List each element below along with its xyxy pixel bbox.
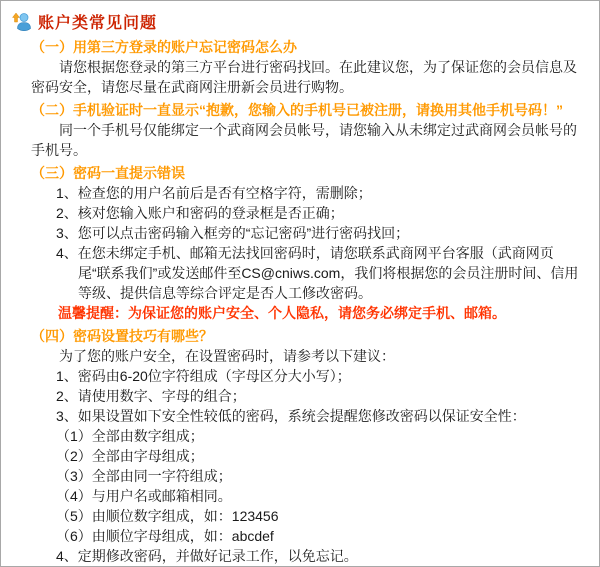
list-item: 2、请使用数字、字母的组合；	[1, 386, 599, 406]
user-arrow-icon	[12, 12, 31, 31]
list-item: 1、密码由6-20位字符组成（字母区分大小写）；	[1, 366, 599, 386]
section-heading: （三）密码一直提示错误	[1, 163, 599, 183]
list-item: 4、定期修改密码，并做好记录工作，以免忘记。	[1, 546, 599, 566]
list-item: （3）全部由同一字符组成；	[1, 466, 599, 486]
paragraph: 请您根据您登录的第三方平台进行密码找回。在此建议您，为了保证您的会员信息及密码安…	[1, 57, 599, 97]
faq-section-1: （一）用第三方登录的账户忘记密码怎么办 请您根据您登录的第三方平台进行密码找回。…	[1, 37, 599, 97]
faq-section-4: （四）密码设置技巧有哪些？ 为了您的账户安全，在设置密码时，请参考以下建议： 1…	[1, 326, 599, 566]
section-heading: （一）用第三方登录的账户忘记密码怎么办	[1, 37, 599, 57]
list-item: 2、核对您输入账户和密码的登录框是否正确；	[1, 203, 599, 223]
list-item: 4、在您未绑定手机、邮箱无法找回密码时，请您联系武商网平台客服（武商网页尾“联系…	[1, 243, 599, 303]
list-item: （2）全部由字母组成；	[1, 446, 599, 466]
faq-section-2: （二）手机验证时一直显示“抱歉，您输入的手机号已被注册，请换用其他手机号码！” …	[1, 100, 599, 160]
section-heading: （二）手机验证时一直显示“抱歉，您输入的手机号已被注册，请换用其他手机号码！”	[1, 100, 599, 120]
list-item: 3、您可以点击密码输入框旁的“忘记密码”进行密码找回；	[1, 223, 599, 243]
list-item: （5）由顺位数字组成，如：123456	[1, 506, 599, 526]
list-item: 3、如果设置如下安全性较低的密码，系统会提醒您修改密码以保证安全性：	[1, 406, 599, 426]
paragraph: 为了您的账户安全，在设置密码时，请参考以下建议：	[1, 346, 599, 366]
list-item: 1、检查您的用户名前后是否有空格字符，需删除；	[1, 183, 599, 203]
warning-note: 温馨提醒：为保证您的账户安全、个人隐私，请您务必绑定手机、邮箱。	[1, 303, 599, 323]
section-heading: （四）密码设置技巧有哪些？	[1, 326, 599, 346]
page-header: 账户类常见问题	[1, 8, 599, 34]
faq-page: 账户类常见问题 （一）用第三方登录的账户忘记密码怎么办 请您根据您登录的第三方平…	[0, 0, 600, 567]
paragraph: 同一个手机号仅能绑定一个武商网会员帐号，请您输入从未绑定过武商网会员帐号的手机号…	[1, 120, 599, 160]
list-item: （1）全部由数字组成；	[1, 426, 599, 446]
list-item: （4）与用户名或邮箱相同。	[1, 486, 599, 506]
list-item: （6）由顺位字母组成，如：abcdef	[1, 526, 599, 546]
faq-section-3: （三）密码一直提示错误 1、检查您的用户名前后是否有空格字符，需删除； 2、核对…	[1, 163, 599, 323]
page-title: 账户类常见问题	[38, 10, 157, 33]
